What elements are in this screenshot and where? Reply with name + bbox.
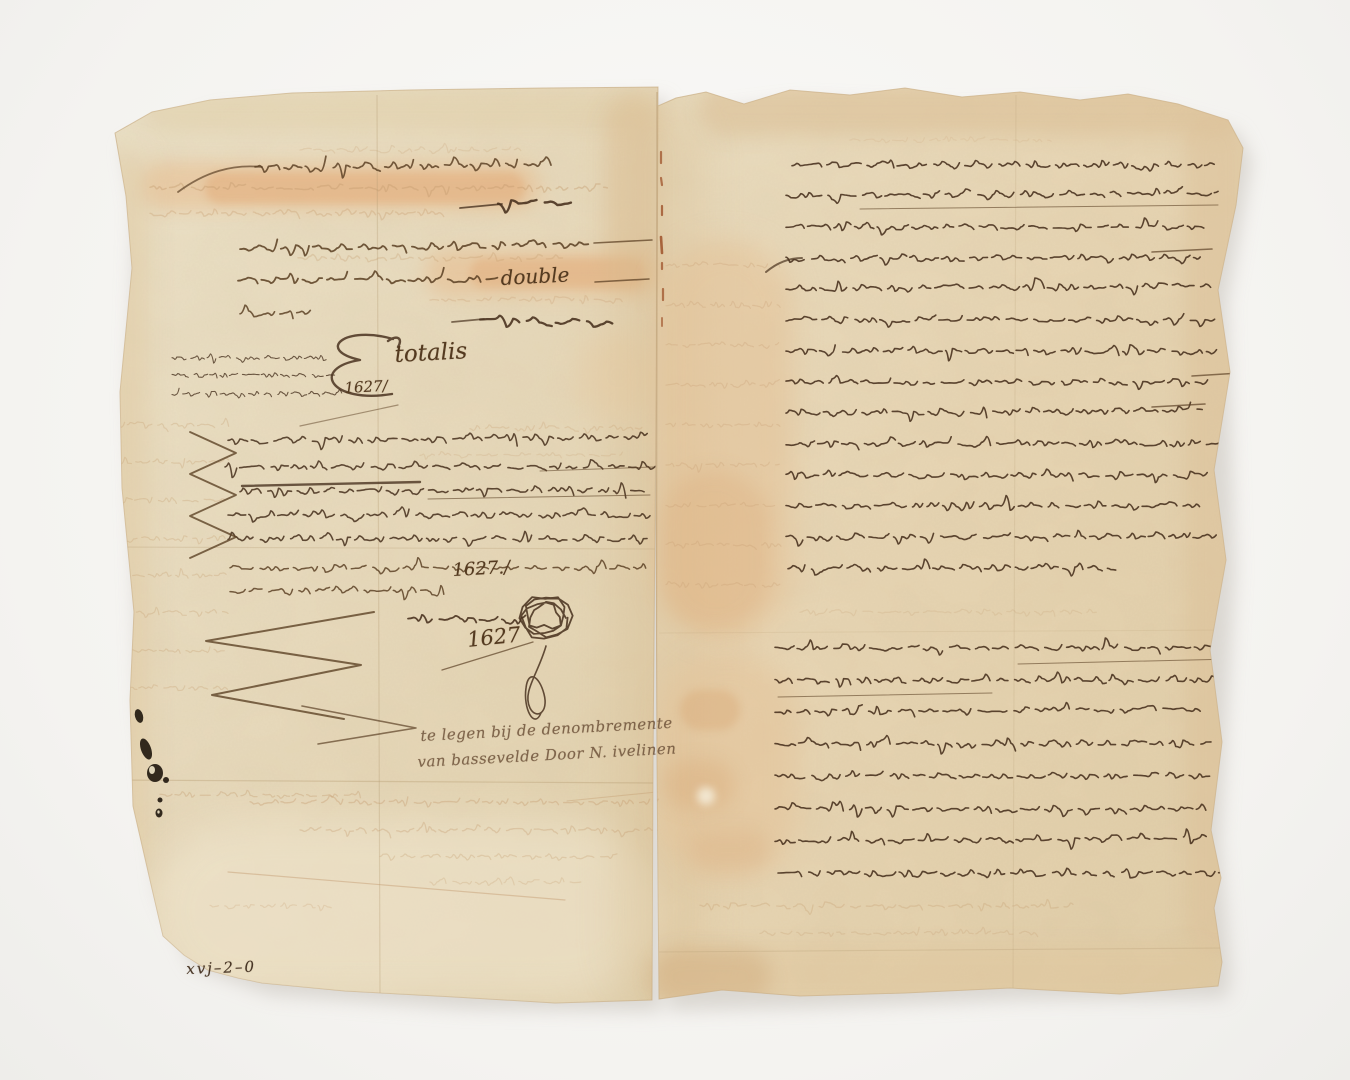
- text-fragment-margin-year: 1627/: [344, 377, 388, 397]
- text-fragment-bottom-mark: xvj–2–0: [186, 958, 256, 978]
- manuscript-artwork: [0, 0, 1350, 1080]
- text-fragment-double: double: [500, 262, 570, 290]
- manuscript-photo: totalis double 1627/ 1627./ 1627 te lege…: [0, 0, 1350, 1080]
- text-fragment-totalis: totalis: [394, 338, 468, 368]
- text-fragment-closing-year: 1627./: [452, 557, 511, 581]
